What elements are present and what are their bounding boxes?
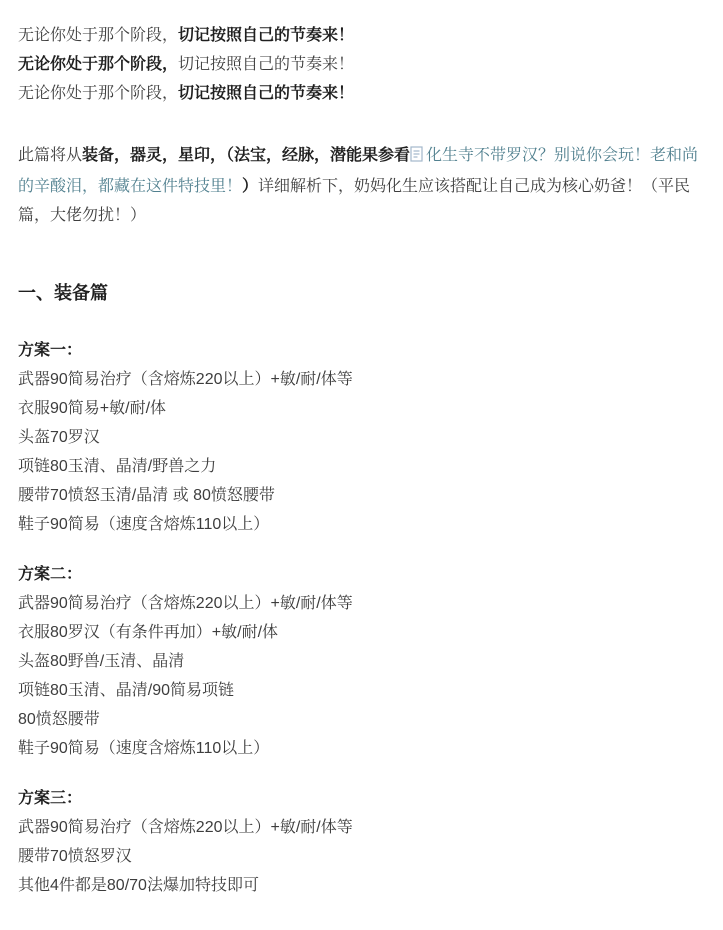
plan-2-title: 方案二： [18,560,705,589]
plan-1-item: 鞋子90简易（速度含熔炼110以上） [18,510,705,539]
plan-3-item: 腰带70愤怒罗汉 [18,842,705,871]
plan-3-item: 武器90简易治疗（含熔炼220以上）+敏/耐/体等 [18,813,705,842]
section-heading-equipment: 一、装备篇 [18,283,705,303]
plan-1-item: 头盔70罗汉 [18,423,705,452]
plan-1: 方案一： 武器90简易治疗（含熔炼220以上）+敏/耐/体等 衣服90简易+敏/… [18,336,705,539]
intro-line-1: 无论你处于那个阶段，切记按照自己的节奏来！ [18,21,705,50]
article-body: 无论你处于那个阶段，切记按照自己的节奏来！ 无论你处于那个阶段，切记按照自己的节… [0,0,723,930]
plan-2-item: 鞋子90简易（速度含熔炼110以上） [18,734,705,763]
intro-line-3: 无论你处于那个阶段，切记按照自己的节奏来！ [18,79,705,108]
intro-line-2-bold: 无论你处于那个阶段， [18,56,178,73]
plan-2-item: 衣服80罗汉（有条件再加）+敏/耐/体 [18,618,705,647]
plan-2: 方案二： 武器90简易治疗（含熔炼220以上）+敏/耐/体等 衣服80罗汉（有条… [18,560,705,763]
lead-pre-text: 此篇将从 [18,147,82,164]
plan-3: 方案三： 武器90简易治疗（含熔炼220以上）+敏/耐/体等 腰带70愤怒罗汉 … [18,784,705,900]
plan-1-title: 方案一： [18,336,705,365]
intro-line-3-normal: 无论你处于那个阶段， [18,85,178,102]
intro-line-2: 无论你处于那个阶段，切记按照自己的节奏来！ [18,50,705,79]
plan-1-item: 腰带70愤怒玉清/晶清 或 80愤怒腰带 [18,481,705,510]
plan-1-item: 武器90简易治疗（含熔炼220以上）+敏/耐/体等 [18,365,705,394]
plan-2-item: 项链80玉清、晶清/90简易项链 [18,676,705,705]
plan-2-item: 武器90简易治疗（含熔炼220以上）+敏/耐/体等 [18,589,705,618]
lead-bold-open: 装备，器灵，星印，（法宝，经脉，潜能果参看 [82,147,410,164]
intro-line-3-bold: 切记按照自己的节奏来！ [178,85,354,102]
plan-1-item: 衣服90简易+敏/耐/体 [18,394,705,423]
lead-bold-close: ） [242,178,258,195]
plan-2-item: 80愤怒腰带 [18,705,705,734]
intro-line-1-normal: 无论你处于那个阶段， [18,27,178,44]
plan-2-item: 头盔80野兽/玉清、晶清 [18,647,705,676]
intro-line-2-normal: 切记按照自己的节奏来！ [178,56,354,73]
plan-3-title: 方案三： [18,784,705,813]
plan-3-item: 其他4件都是80/70法爆加特技即可 [18,871,705,900]
plan-1-item: 项链80玉清、晶清/野兽之力 [18,452,705,481]
lead-paragraph: 此篇将从装备，器灵，星印，（法宝，经脉，潜能果参看化生寺不带罗汉？别说你会玩！老… [18,141,705,230]
document-icon [410,143,423,172]
intro-line-1-bold: 切记按照自己的节奏来！ [178,27,354,44]
